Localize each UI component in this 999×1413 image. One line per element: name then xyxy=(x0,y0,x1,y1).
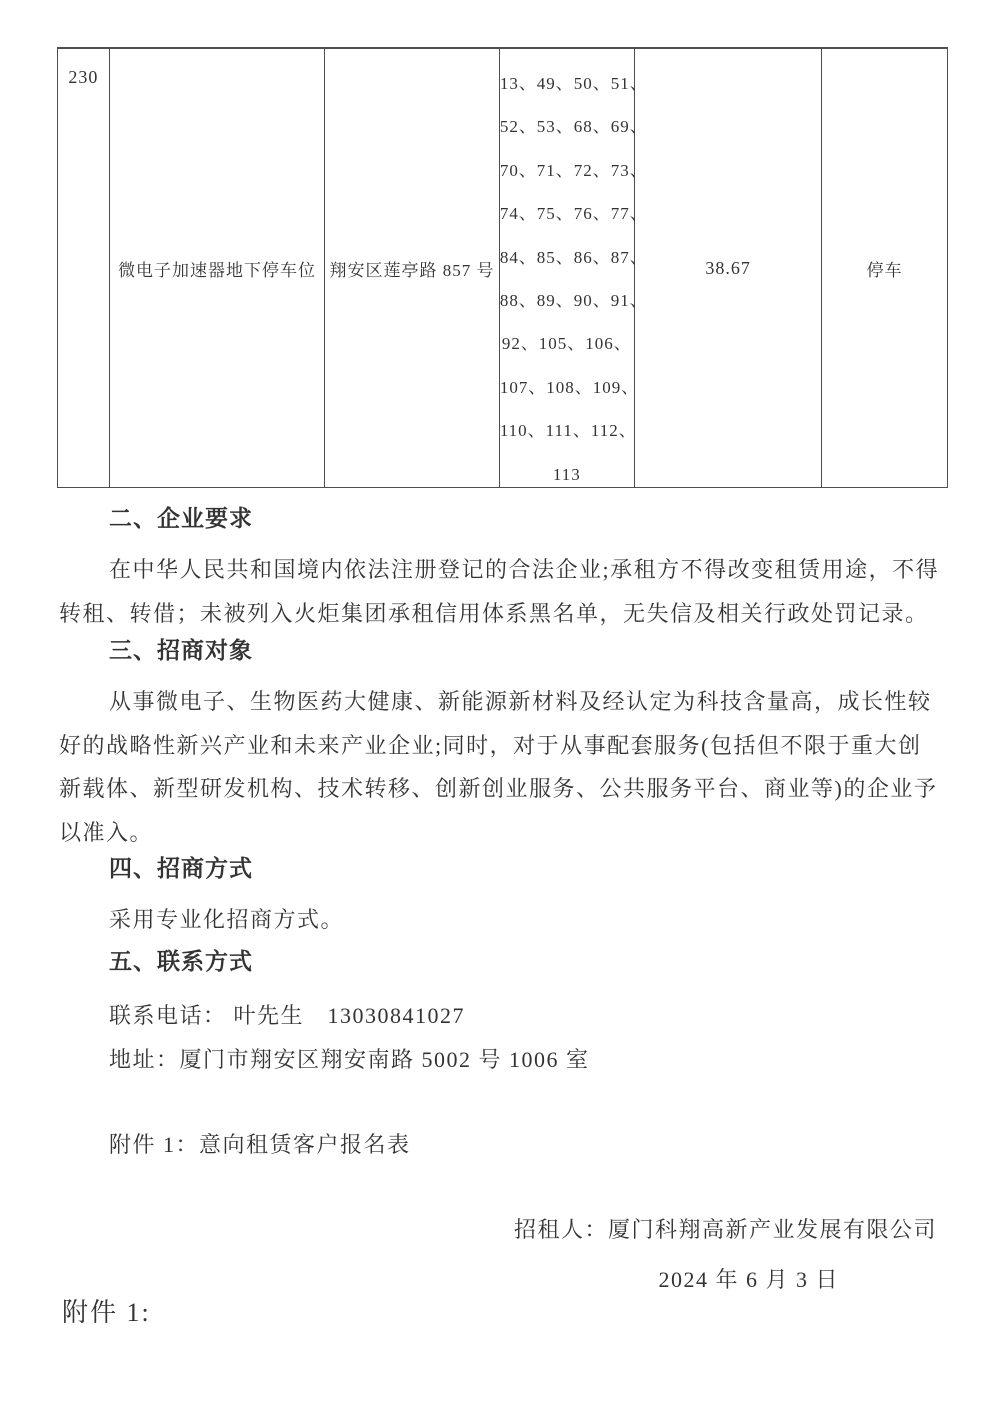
section-3-paragraph: 从事微电子、生物医药大健康、新能源新材料及经认定为科技含量高，成长性较 好的战略… xyxy=(59,680,937,854)
contact-address-line: 地址：厦门市翔安区翔安南路 5002 号 1006 室 xyxy=(59,1038,937,1082)
section-5-paragraph: 联系电话： 叶先生 13030841027 地址：厦门市翔安区翔安南路 5002… xyxy=(59,994,937,1081)
section-3-heading: 三、招商对象 xyxy=(59,635,987,667)
section-4-line: 采用专业化招商方式。 xyxy=(59,898,937,942)
section-4-paragraph: 采用专业化招商方式。 xyxy=(59,898,937,942)
unit-numbers-line: 107、108、109、 xyxy=(500,366,634,409)
unit-numbers-line: 113 xyxy=(500,453,634,496)
unit-numbers-line: 74、75、76、77、 xyxy=(500,192,634,235)
unit-numbers-line: 92、105、106、 xyxy=(500,322,634,365)
property-name: 微电子加速器地下停车位 xyxy=(118,256,316,281)
cell-property-name: 微电子加速器地下停车位 xyxy=(110,49,325,487)
cell-property-address: 翔安区莲亭路 857 号 xyxy=(325,49,500,487)
section-4-heading: 四、招商方式 xyxy=(59,853,987,885)
unit-numbers-line: 88、89、90、91、 xyxy=(500,279,634,322)
property-address: 翔安区莲亭路 857 号 xyxy=(330,256,495,281)
unit-numbers-line: 84、85、86、87、 xyxy=(500,236,634,279)
unit-numbers-line: 52、53、68、69、 xyxy=(500,105,634,148)
usage-value: 停车 xyxy=(867,256,903,281)
attachment-footer-label: 附件 1: xyxy=(62,1292,151,1329)
section-2-paragraph: 在中华人民共和国境内依法注册登记的合法企业;承租方不得改变租赁用途，不得 转租、… xyxy=(59,548,937,635)
section-3-line: 新载体、新型研发机构、技术转移、创新创业服务、公共服务平台、商业等)的企业予 xyxy=(59,767,937,811)
section-2-line: 转租、转借；未被列入火炬集团承租信用体系黑名单，无失信及相关行政处罚记录。 xyxy=(59,592,937,636)
section-3-line: 从事微电子、生物医药大健康、新能源新材料及经认定为科技含量高，成长性较 xyxy=(59,680,937,724)
section-2-line: 在中华人民共和国境内依法注册登记的合法企业;承租方不得改变租赁用途，不得 xyxy=(59,548,937,592)
lease-table: 230 微电子加速器地下停车位 翔安区莲亭路 857 号 13、49、50、51… xyxy=(57,47,948,488)
cell-usage: 停车 xyxy=(822,49,947,487)
unit-numbers-line: 70、71、72、73、 xyxy=(500,149,634,192)
contact-phone-line: 联系电话： 叶先生 13030841027 xyxy=(59,994,937,1038)
section-3-line: 好的战略性新兴产业和未来产业企业;同时，对于从事配套服务(包括但不限于重大创 xyxy=(59,724,937,768)
area-value: 38.67 xyxy=(705,258,751,279)
cell-unit-numbers: 13、49、50、51、 52、53、68、69、 70、71、72、73、 7… xyxy=(500,49,635,487)
attachment-note: 附件 1：意向租赁客户报名表 xyxy=(59,1123,987,1167)
section-5-heading: 五、联系方式 xyxy=(59,946,987,978)
section-3-line: 以准入。 xyxy=(59,811,937,855)
serial-number: 230 xyxy=(68,67,98,88)
unit-numbers-line: 110、111、112、 xyxy=(500,409,634,452)
document-page: 230 微电子加速器地下停车位 翔安区莲亭路 857 号 13、49、50、51… xyxy=(0,0,999,1413)
unit-numbers-line: 13、49、50、51、 xyxy=(500,62,634,105)
lessor-signature: 招租人：厦门科翔高新产业发展有限公司 xyxy=(59,1208,937,1252)
cell-area: 38.67 xyxy=(635,49,823,487)
section-2-heading: 二、企业要求 xyxy=(59,503,987,535)
signature-date: 2024 年 6 月 3 日 xyxy=(59,1258,937,1302)
cell-serial-number: 230 xyxy=(58,49,110,487)
